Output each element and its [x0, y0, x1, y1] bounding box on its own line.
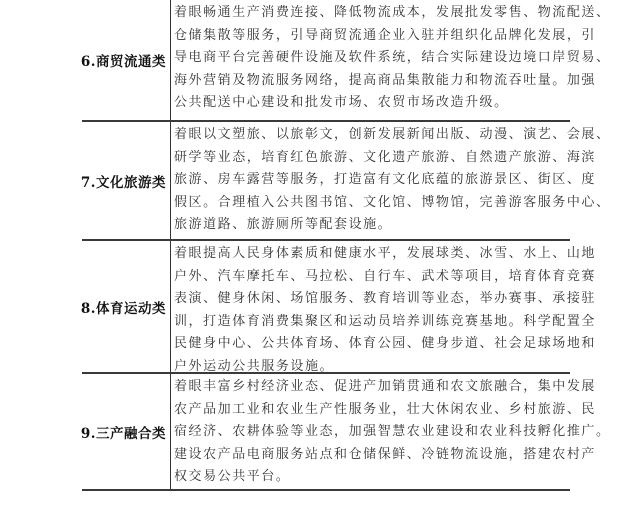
- table-row-industry-integration: 9.三产融合类 着眼丰富乡村经济业态、促进产加销贯通和农文旅融合，集中发展 农产…: [82, 374, 570, 491]
- description-line: 表演、健身休闲、场馆服务、教育培训等业态，举办赛事、承接驻: [174, 288, 570, 311]
- description-line: 着眼以文塑旅、以旅彰文，创新发展新闻出版、动漫、演艺、会展、: [174, 124, 570, 147]
- description-line: 宿经济、农耕体验等业态，加强智慧农业建设和农业科技孵化推广。: [174, 421, 570, 444]
- row-label: 7.文化旅游类: [82, 122, 170, 239]
- description-line: 农产品加工业和农业生产性服务业，壮大休闲农业、乡村旅游、民: [174, 399, 570, 422]
- description-line: 导电商平台完善硬件设施及软件系统，结合实际建设边境口岸贸易、: [174, 47, 570, 70]
- description-line: 研学等业态，培育红色旅游、文化遗产旅游、自然遗产旅游、海滨: [174, 147, 570, 170]
- description-line: 着眼畅通生产消费连接、降低物流成本，发展批发零售、物流配送、: [174, 2, 570, 25]
- description-line: 假区。合理植入公共图书馆、文化馆、博物馆，完善游客服务中心、: [174, 192, 570, 215]
- description-line: 仓储集散等服务，引导商贸流通企业入驻并组织化品牌化发展，引: [174, 25, 570, 48]
- table-row-commerce: 6.商贸流通类 着眼畅通生产消费连接、降低物流成本，发展批发零售、物流配送、 仓…: [82, 0, 570, 122]
- row-label: 9.三产融合类: [82, 374, 170, 489]
- row-label: 6.商贸流通类: [82, 0, 170, 120]
- description-line: 户外、汽车摩托车、马拉松、自行车、武术等项目，培育体育竞赛: [174, 266, 570, 289]
- row-description: 着眼畅通生产消费连接、降低物流成本，发展批发零售、物流配送、 仓储集散等服务，引…: [170, 0, 570, 120]
- table-row-sports: 8.体育运动类 着眼提高人民身体素质和健康水平，发展球类、冰雪、水上、山地 户外…: [82, 241, 570, 374]
- table-row-culture-tourism: 7.文化旅游类 着眼以文塑旅、以旅彰文，创新发展新闻出版、动漫、演艺、会展、 研…: [82, 122, 570, 241]
- description-line: 民健身中心、公共体育场、体育公园、健身步道、社会足球场地和: [174, 333, 570, 356]
- description-line: 海外营销及物流服务网络，提高商品集散能力和物流吞吐量。加强: [174, 70, 570, 93]
- row-description: 着眼提高人民身体素质和健康水平，发展球类、冰雪、水上、山地 户外、汽车摩托车、马…: [170, 241, 570, 372]
- description-line: 旅游道路、旅游厕所等配套设施。: [174, 214, 570, 237]
- description-line: 公共配送中心建设和批发市场、农贸市场改造升级。: [174, 92, 570, 115]
- description-line: 权交易公共平台。: [174, 466, 570, 489]
- row-description: 着眼丰富乡村经济业态、促进产加销贯通和农文旅融合，集中发展 农产品加工业和农业生…: [170, 374, 570, 489]
- description-line: 训，打造体育消费集聚区和运动员培养训练竞赛基地。科学配置全: [174, 311, 570, 334]
- description-line: 着眼提高人民身体素质和健康水平，发展球类、冰雪、水上、山地: [174, 243, 570, 266]
- row-label: 8.体育运动类: [82, 241, 170, 372]
- description-line: 旅游、房车露营等服务，打造富有文化底蕴的旅游景区、街区、度: [174, 169, 570, 192]
- description-line: 建设农产品电商服务站点和仓储保鲜、冷链物流设施，搭建农村产: [174, 444, 570, 467]
- description-line: 着眼丰富乡村经济业态、促进产加销贯通和农文旅融合，集中发展: [174, 376, 570, 399]
- row-description: 着眼以文塑旅、以旅彰文，创新发展新闻出版、动漫、演艺、会展、 研学等业态，培育红…: [170, 122, 570, 239]
